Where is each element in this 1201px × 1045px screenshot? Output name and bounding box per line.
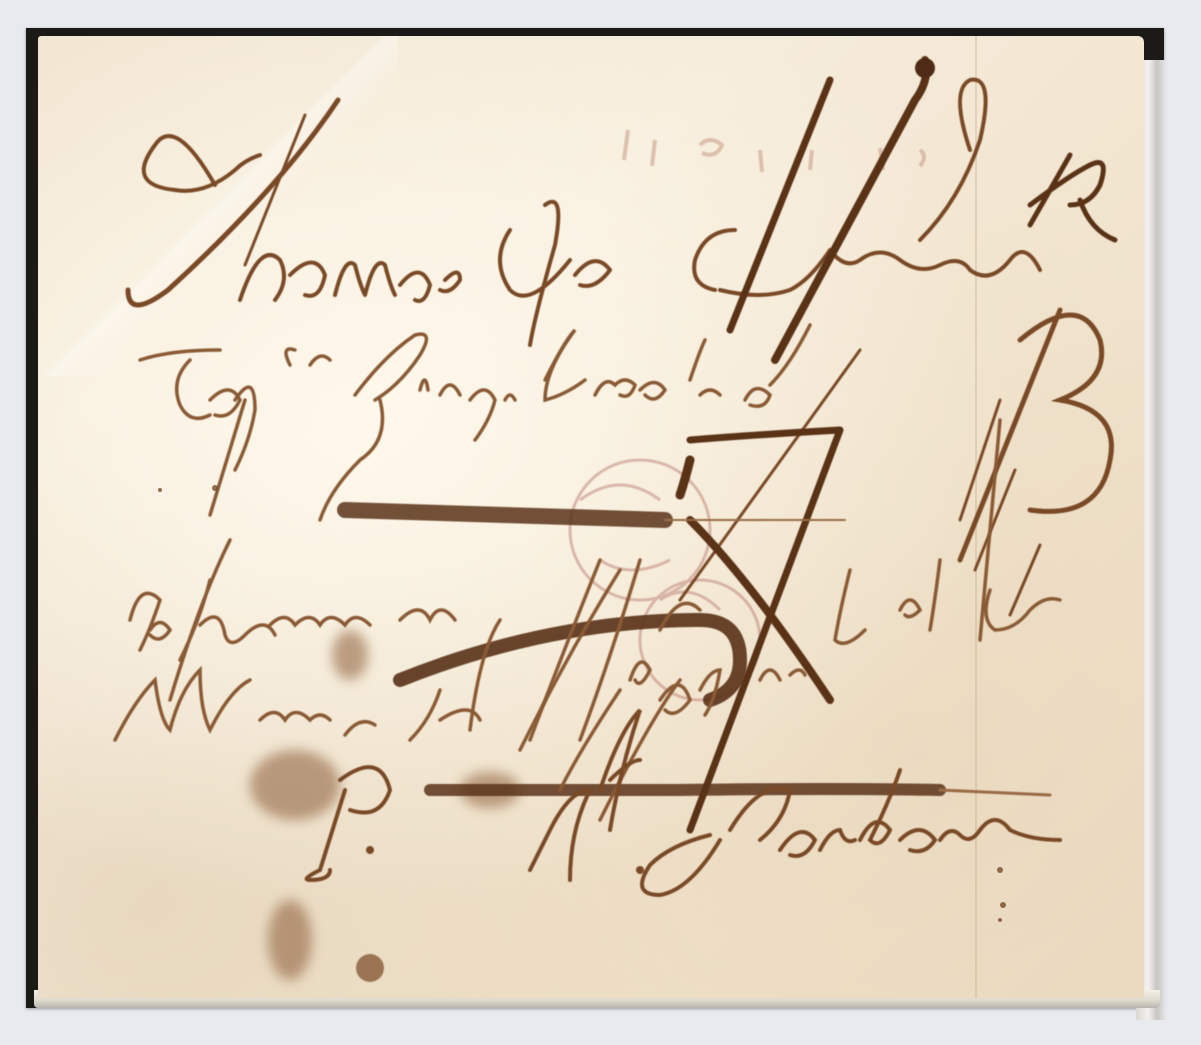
address-line-1 — [128, 100, 1040, 345]
rate-marking-half — [730, 58, 986, 360]
address-line-3 — [130, 420, 1060, 740]
rate-marking-H — [1030, 155, 1115, 240]
rate-marking-13 — [960, 310, 1111, 560]
address-line-4 — [115, 570, 805, 820]
handwriting-layer — [0, 0, 1201, 1045]
address-line-5 — [307, 710, 1060, 895]
postmark-center-circular — [570, 460, 760, 700]
edge-ink-specks — [158, 485, 1006, 922]
crossed-out-lines — [345, 510, 1050, 795]
address-line-2 — [140, 325, 810, 520]
ink-dot — [356, 954, 384, 982]
